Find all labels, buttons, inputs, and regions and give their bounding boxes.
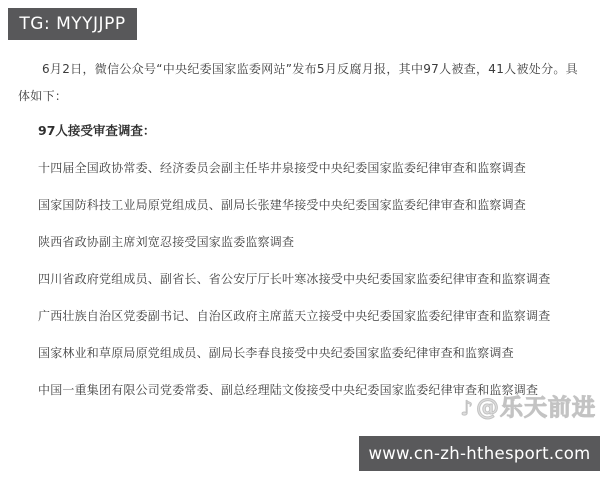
article-body: 6月2日，微信公众号“中央纪委国家监委网站”发布5月反腐月报，其中97人被查，4…	[18, 56, 584, 398]
watermark-text: 乐天前进	[500, 395, 596, 421]
telegram-contact-badge: TG: MYYJJPP	[8, 8, 137, 40]
report-line: 国家国防科技工业局原党组成员、副局长张建华接受中央纪委国家监委纪律审查和监察调查	[18, 197, 584, 213]
at-sign-icon: @	[476, 395, 500, 421]
intro-paragraph: 6月2日，微信公众号“中央纪委国家监委网站”发布5月反腐月报，其中97人被查，4…	[18, 56, 584, 110]
section-heading: 97人接受审查调查：	[18, 123, 584, 139]
report-line: 广西壮族自治区党委副书记、自治区政府主席蓝天立接受中央纪委国家监委纪律审查和监察…	[18, 308, 584, 324]
watermark: ♪@乐天前进	[460, 389, 596, 422]
website-url-badge: www.cn-zh-hthesport.com	[359, 436, 600, 471]
report-line: 四川省政府党组成员、副省长、省公安厅厅长叶寒冰接受中央纪委国家监委纪律审查和监察…	[18, 271, 584, 287]
report-line: 国家林业和草原局原党组成员、副局长李春良接受中央纪委国家监委纪律审查和监察调查	[18, 345, 584, 361]
report-list: 十四届全国政协常委、经济委员会副主任毕井泉接受中央纪委国家监委纪律审查和监察调查…	[18, 160, 584, 398]
report-line: 陕西省政协副主席刘宽忍接受国家监委监察调查	[18, 234, 584, 250]
music-note-icon: ♪	[460, 396, 474, 420]
report-line: 十四届全国政协常委、经济委员会副主任毕井泉接受中央纪委国家监委纪律审查和监察调查	[18, 160, 584, 176]
